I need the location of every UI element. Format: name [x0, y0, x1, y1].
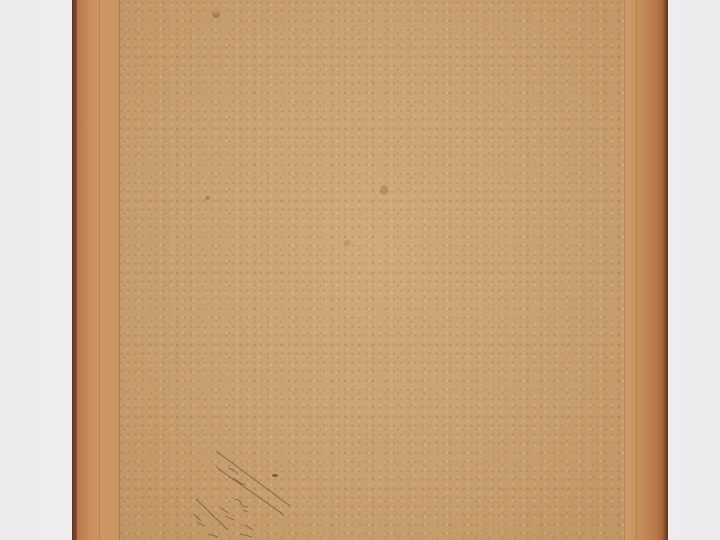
frame-rail-left — [77, 0, 120, 540]
stain-spot — [205, 196, 210, 200]
pencil-marks-icon — [178, 438, 308, 538]
frame-rail-right — [624, 0, 662, 540]
stain-spot — [380, 185, 388, 195]
stain-spot — [344, 240, 350, 246]
frame-edge-right — [662, 0, 668, 540]
stain-spot — [212, 12, 220, 18]
pencil-inscription: illegible handwritten pencil notation — [178, 438, 308, 538]
